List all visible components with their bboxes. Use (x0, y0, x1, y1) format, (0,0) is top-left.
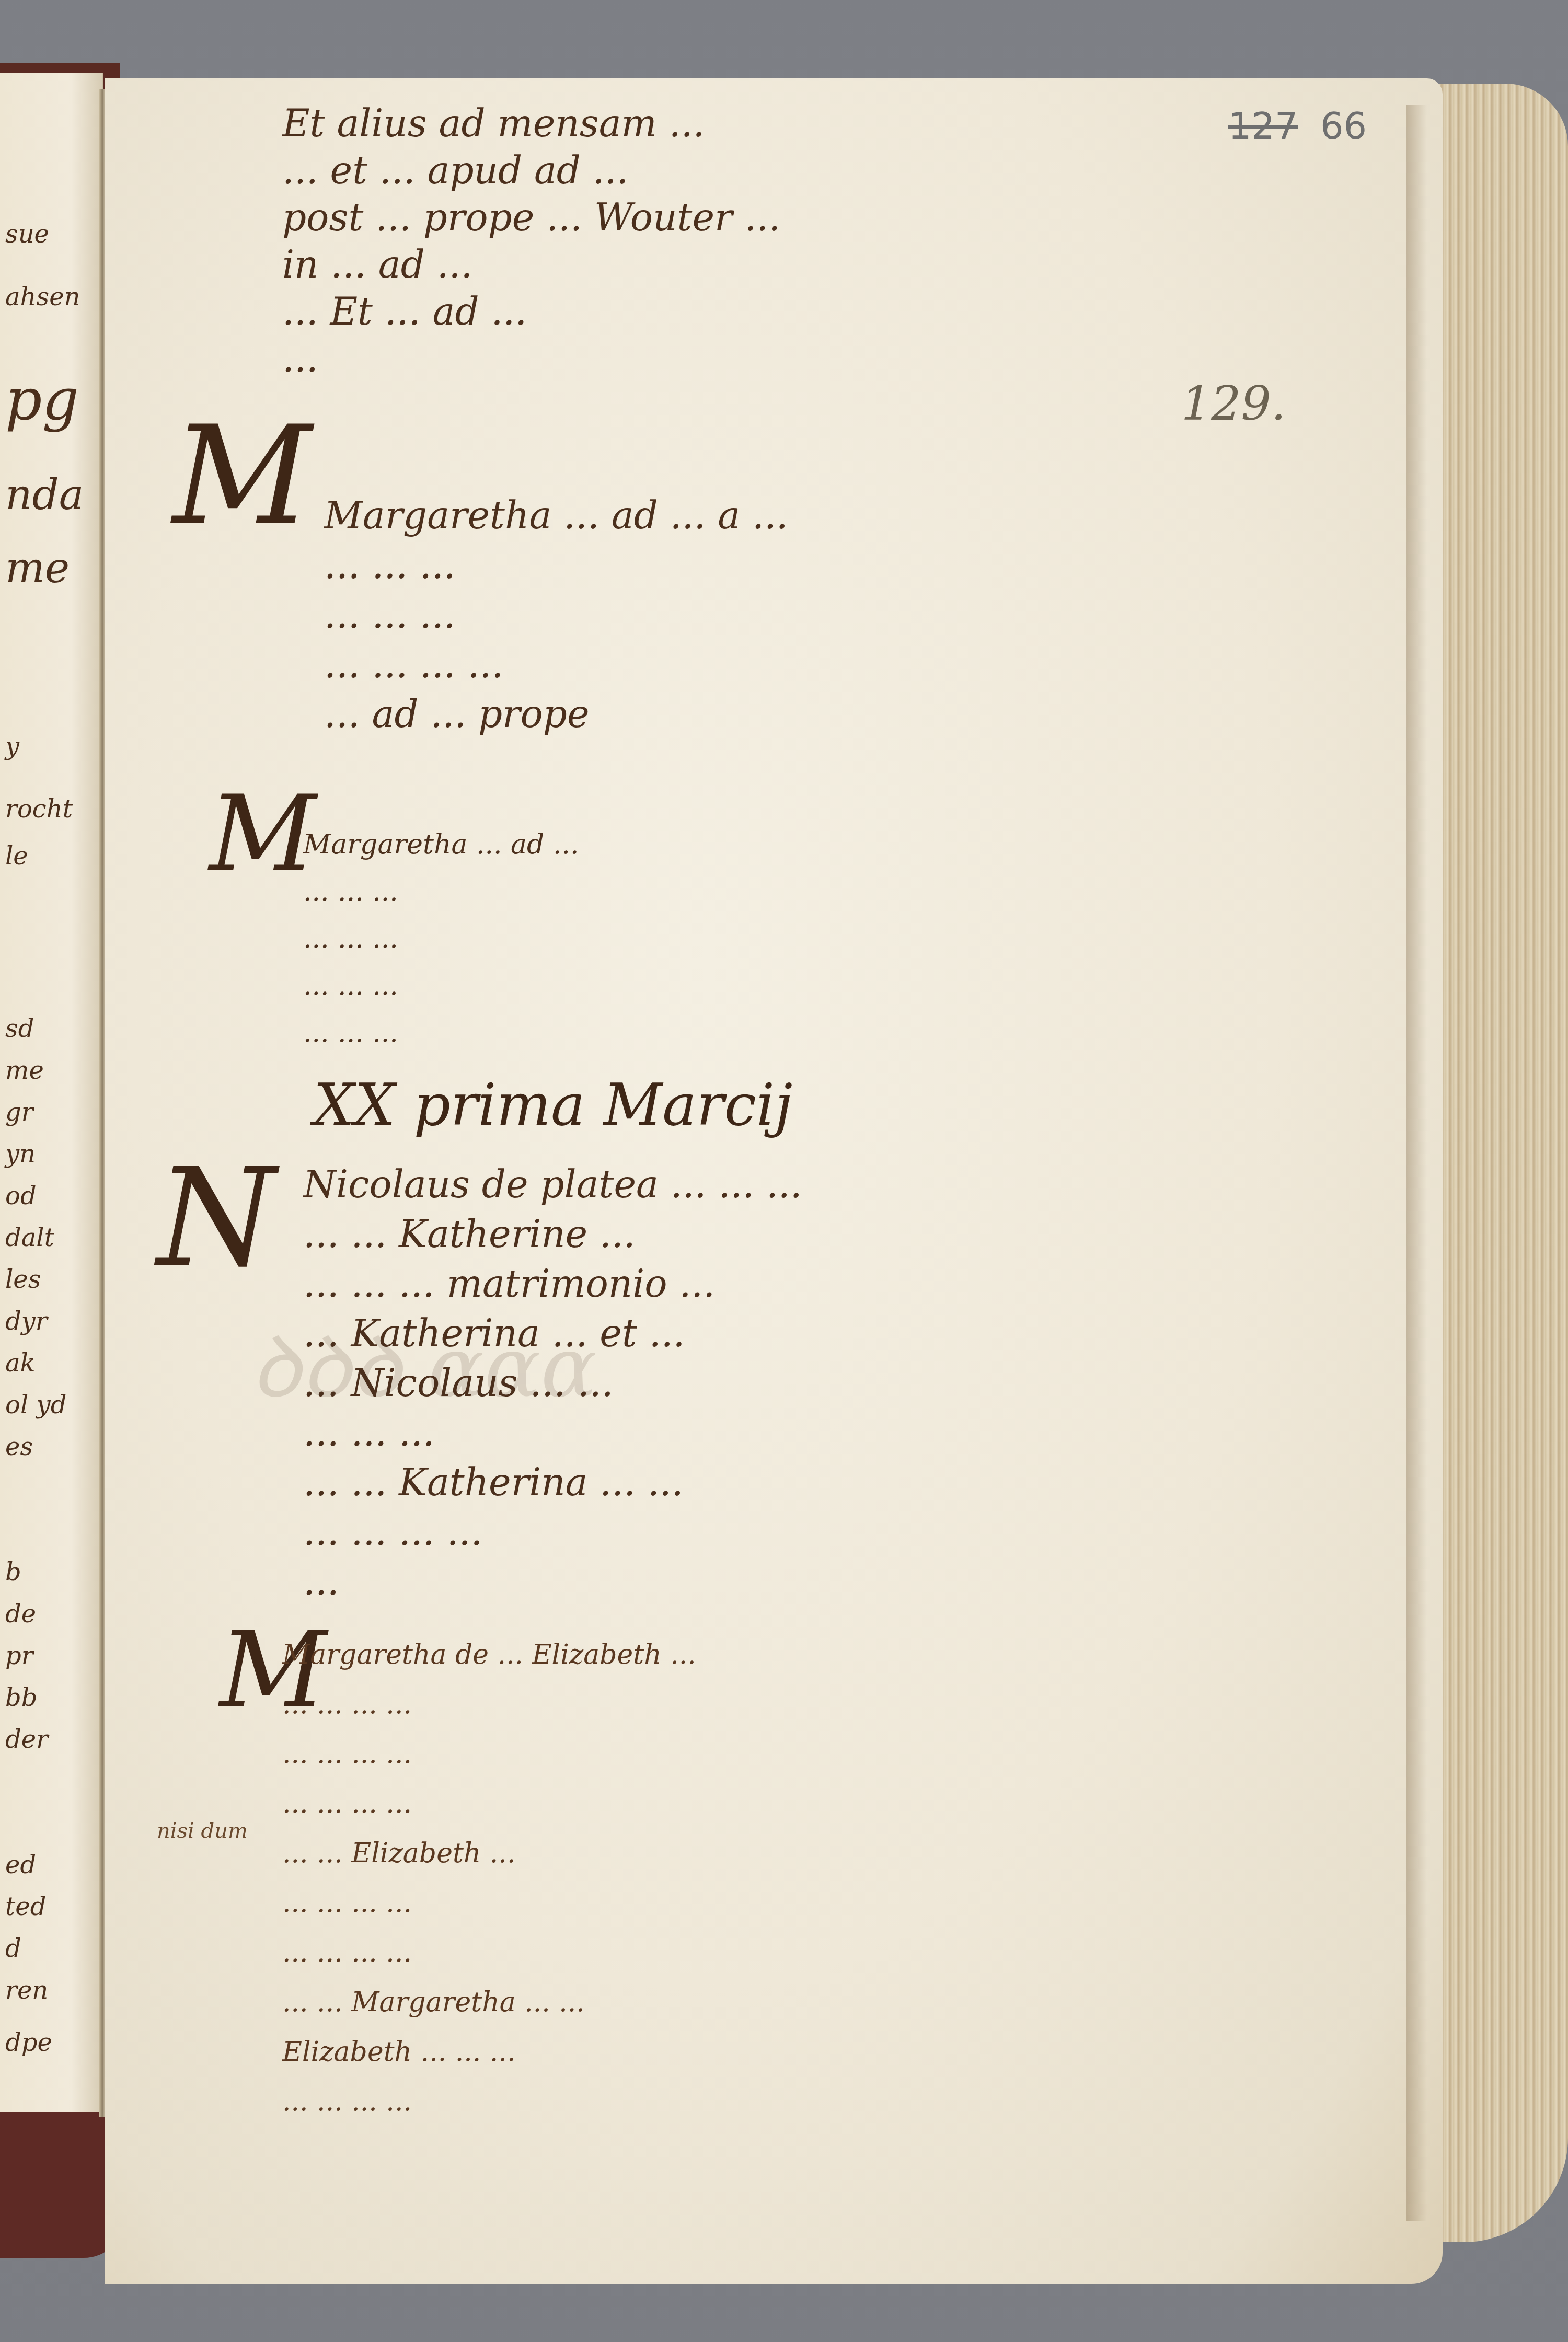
entry-line: Elizabeth ... ... ... (282, 2038, 1380, 2088)
entry-line: ... ... ... ... (303, 1513, 1375, 1563)
entry-line: ... ... ... matrimonio ... (303, 1265, 1375, 1314)
fore-edge-shadow (1406, 105, 1427, 2221)
left-fragment: ed (5, 1850, 36, 1879)
left-fragment: bb (5, 1683, 37, 1712)
entry-1: Et alius ad mensam ... ... et ... apud a… (282, 105, 1380, 387)
left-fragment: od (5, 1181, 37, 1210)
entry-line: ... ... Katherina ... ... (303, 1463, 1375, 1513)
entry-line: ... ... ... (303, 1019, 1348, 1066)
left-fragment: ahsen (5, 282, 80, 312)
entry-line: ... (282, 340, 1380, 387)
entry-5: Margaretha de ... Elizabeth ... ... ... … (282, 1641, 1380, 2138)
left-fragment: les (5, 1265, 41, 1294)
left-fragment: ted (5, 1892, 46, 1921)
left-fragment: me (5, 1056, 44, 1085)
left-fragment: pr (5, 1641, 33, 1670)
entry-line: ... ... ... ... (282, 1790, 1380, 1840)
left-fragment: y (5, 732, 19, 761)
entry-4: Nicolaus de platea ... ... ... ... ... K… (303, 1166, 1375, 1612)
left-fragment: sue (5, 220, 49, 249)
initial-letter: M (172, 397, 312, 555)
date-heading: XX prima Marcij (314, 1071, 792, 1138)
entry-line: Nicolaus de platea ... ... ... (303, 1166, 1375, 1215)
initial-letter: N (157, 1139, 276, 1297)
entry-line: ... ... ... (303, 925, 1348, 972)
entry-line: ... Nicolaus ... ... (303, 1364, 1375, 1414)
entry-line: ... ... Elizabeth ... (282, 1840, 1380, 1889)
entry-line: ... ... ... (303, 972, 1348, 1019)
entry-line: ... ... ... (324, 546, 1369, 596)
entry-line: ... Katherina ... et ... (303, 1314, 1375, 1364)
left-fragment: ol yd (5, 1390, 66, 1420)
left-fragment: dpe (5, 2028, 52, 2057)
entry-line: ... ... ... ... (282, 1691, 1380, 1740)
entry-line: ... (303, 1563, 1375, 1612)
left-fragment: yn (5, 1139, 36, 1169)
entry-line: ... ... ... ... (324, 645, 1369, 695)
left-fragment: le (5, 841, 28, 871)
left-fragment: ak (5, 1348, 36, 1378)
left-fragment: dyr (5, 1307, 48, 1336)
entry-line: ... ... ... ... (282, 2088, 1380, 2138)
left-fragment: d (5, 1934, 21, 1963)
entry-line: ... ... ... ... (282, 1740, 1380, 1790)
entry-line: ... ... ... ... (282, 1889, 1380, 1939)
entry-line: Et alius ad mensam ... (282, 105, 1380, 152)
entry-line: ... ... ... ... (282, 1939, 1380, 1989)
entry-line: ... et ... apud ad ... (282, 152, 1380, 199)
entry-line: Margaretha ... ad ... (303, 831, 1348, 878)
left-fragment: rocht (5, 794, 73, 824)
entry-line: post ... prope ... Wouter ... (282, 199, 1380, 246)
entry-line: in ... ad ... (282, 246, 1380, 293)
margin-note: nisi dum (157, 1819, 248, 1843)
entry-line: Margaretha de ... Elizabeth ... (282, 1641, 1380, 1691)
left-fragment: me (5, 544, 70, 592)
entry-line: ... ... ... (303, 878, 1348, 925)
left-fragment: dalt (5, 1223, 54, 1252)
entry-3: Margaretha ... ad ... ... ... ... ... ..… (303, 831, 1348, 1066)
initial-letter: M (209, 774, 316, 895)
left-fragment: ren (5, 1976, 48, 2005)
left-fragment: sd (5, 1014, 34, 1043)
left-fragment: b (5, 1558, 21, 1587)
entry-line: ... ad ... prope (324, 695, 1369, 745)
entry-line: ... ... Katherine ... (303, 1215, 1375, 1265)
left-fragment: de (5, 1599, 36, 1629)
entry-line: ... ... Margaretha ... ... (282, 1989, 1380, 2038)
left-fragment: pg (5, 366, 79, 433)
entry-line: Margaretha ... ad ... a ... (324, 497, 1369, 546)
left-page: sue ahsen pg nda me y rocht le sd me gr … (0, 73, 103, 2112)
left-fragment: nda (5, 470, 84, 519)
left-fragment: der (5, 1725, 48, 1754)
entry-2: Margaretha ... ad ... a ... ... ... ... … (324, 497, 1369, 745)
left-fragment: gr (5, 1098, 33, 1127)
entry-line: ... ... ... (303, 1414, 1375, 1463)
entry-line: ... Et ... ad ... (282, 293, 1380, 340)
left-fragment: es (5, 1432, 33, 1461)
entry-line: ... ... ... (324, 596, 1369, 645)
